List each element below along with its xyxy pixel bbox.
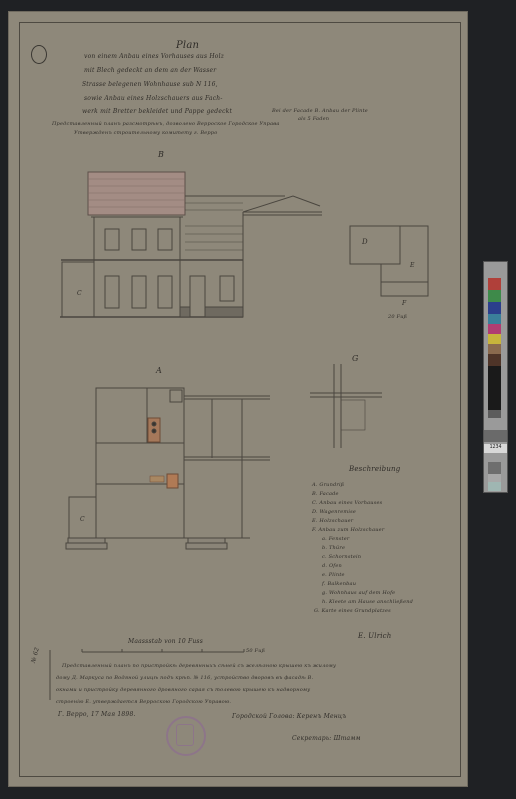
- approval-line-4: строенію Е. утверждается Веррoскою Город…: [56, 699, 231, 705]
- legend-signature: E. Ulrich: [358, 632, 392, 640]
- swatch-brown: [488, 354, 501, 366]
- approval-line-2: дому Д. Маркуса по Водяной улицѣ подъ кр…: [56, 675, 313, 681]
- swatch-cyan: [488, 314, 501, 324]
- city-seal: [166, 716, 206, 756]
- legend-title: Beschreibung: [349, 465, 400, 473]
- color-calibration-strip: 1234: [483, 261, 508, 493]
- place-date: Г. Верро, 17 Мая 1898.: [58, 711, 136, 718]
- swatch-magenta: [488, 324, 501, 334]
- swatch-dark-gray: [488, 410, 501, 418]
- swatch-tan: [488, 344, 501, 354]
- legend-item: D. Wagenremise: [312, 509, 356, 515]
- approval-line-3: окнами и пристройку деревянного дровяног…: [56, 687, 310, 693]
- signatory-mayor: Городской Голова: Керенъ Менцъ: [232, 713, 346, 720]
- gray-bar: [484, 430, 507, 442]
- gray-patch: [488, 474, 501, 482]
- legend-item: F. Anbau zum Holzschauer: [312, 527, 384, 533]
- legend-item: C. Anbau eines Vorhauses: [312, 500, 382, 506]
- swatch-green: [488, 290, 501, 302]
- checker-number-labels: 1234: [484, 444, 507, 453]
- legend-item: d. Ofen: [322, 563, 342, 569]
- scale-label: Maassstab von 10 Fuss: [128, 638, 203, 645]
- legend-item: B. Facade: [312, 491, 339, 497]
- swatch-yellow: [488, 334, 501, 344]
- legend-item: b. Thüre: [322, 545, 345, 551]
- approval-line-1: Представленный планъ по пристройкѣ дерев…: [62, 663, 336, 669]
- signatory-secretary: Секретарь: Штамм: [292, 735, 361, 742]
- legend-item: f. Balkenbau: [322, 581, 356, 587]
- swatch-blue: [488, 302, 501, 314]
- swatch-black: [488, 366, 501, 410]
- legend-item: A. Grundriß: [312, 482, 344, 488]
- legend-item: a. Fenster: [322, 536, 349, 542]
- gray-patch: [488, 482, 501, 491]
- legend-item: E. Holzschauer: [312, 518, 353, 524]
- legend-item: c. Schornstein: [322, 554, 361, 560]
- legend-item: g. Wohnhaus auf dem Hofe: [322, 590, 395, 596]
- scale-end-label: 50 Fuß: [246, 648, 265, 654]
- legend-item: h. Kleete am Hause anschließend: [322, 599, 413, 605]
- gray-patch: [488, 462, 501, 474]
- swatch-red: [488, 278, 501, 290]
- legend-item: G. Karte eines Grundplatzes: [314, 608, 391, 614]
- legend-item: e. Plinte: [322, 572, 345, 578]
